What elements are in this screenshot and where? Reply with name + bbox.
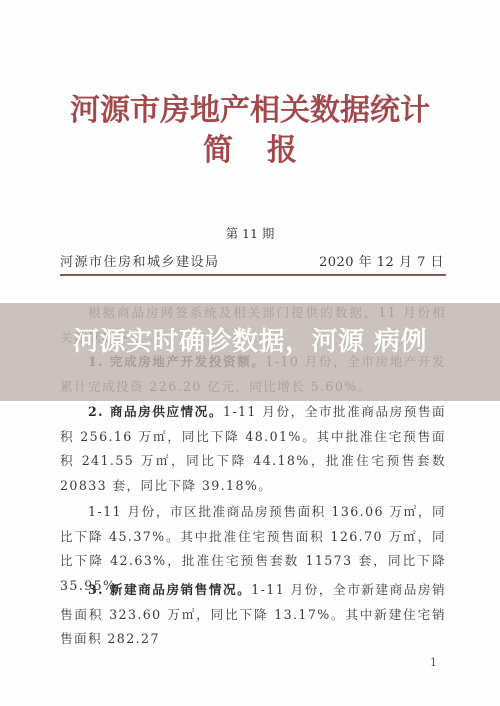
subtitle-char-right: 报 <box>267 133 297 168</box>
overlay-headline: 河源实时确诊数据，河源 病例 <box>0 325 500 359</box>
section-2-heading: 2. 商品房供应情况。 <box>88 404 223 419</box>
page-number: 1 <box>430 656 437 669</box>
document-subtitle: 简报 <box>0 133 500 169</box>
section-2-paragraph: 2. 商品房供应情况。1-11 月份，全市批准商品房预售面积 256.16 万㎡… <box>60 400 446 498</box>
subtitle-char-left: 简 <box>203 133 233 168</box>
issuing-authority: 河源市住房和城乡建设局 <box>60 251 220 270</box>
issue-number: 第 11 期 <box>0 224 500 242</box>
section-3-heading: 3. 新建商品房销售情况。 <box>88 582 251 597</box>
document-title: 河源市房地产相关数据统计 <box>0 93 500 129</box>
header-divider <box>60 274 446 276</box>
section-3-paragraph: 3. 新建商品房销售情况。1-11 月份，全市新建商品房销售面积 323.60 … <box>60 578 446 652</box>
issue-date: 2020 年 12 月 7 日 <box>319 251 444 270</box>
